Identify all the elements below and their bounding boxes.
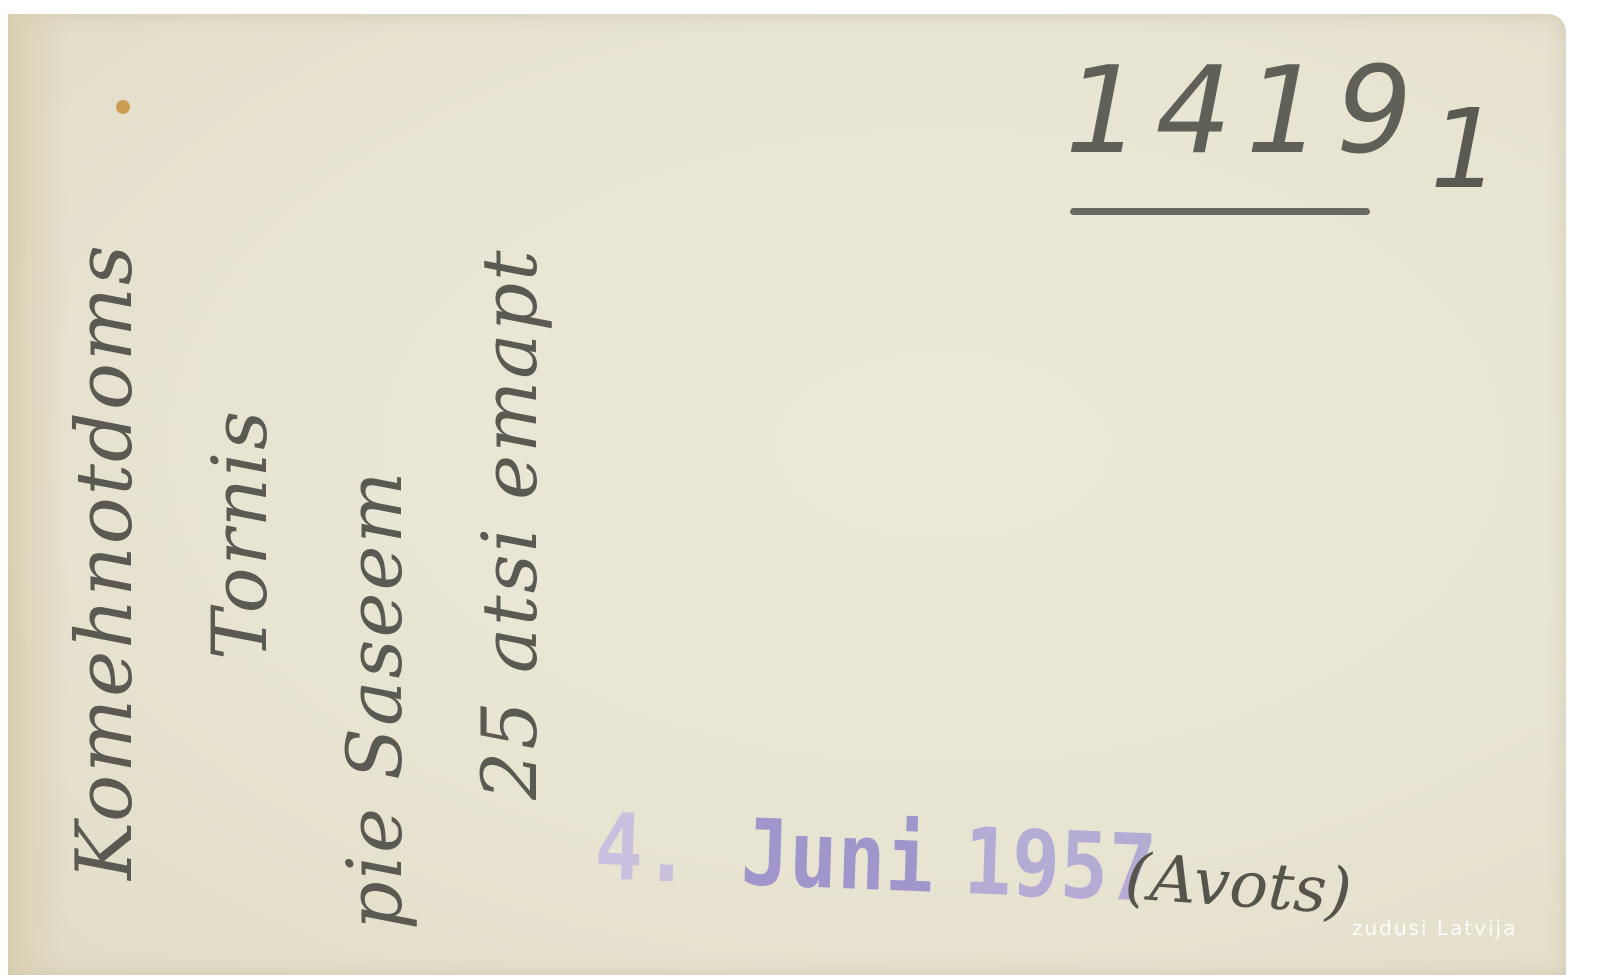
stamp-day: 4. xyxy=(593,793,693,904)
author-note: (Avots) xyxy=(1123,840,1354,930)
archive-number: 1419 xyxy=(1065,42,1426,181)
archive-subnumber: 1 xyxy=(1430,85,1500,213)
caption-line-2: Tornis xyxy=(195,409,284,660)
stamp-month: Juni xyxy=(740,799,936,914)
caption-line-1: Komehnotdoms xyxy=(60,243,150,880)
archive-number-underline xyxy=(1070,208,1370,215)
caption-line-3: pie Saseem xyxy=(330,470,419,931)
watermark: zudusi Latvija xyxy=(1352,916,1517,940)
card-edge-shadow xyxy=(8,14,68,975)
rust-stain xyxy=(116,100,130,114)
date-stamp: 4.Juni1957 xyxy=(593,793,1158,922)
caption-line-4: 25 atsi emapt xyxy=(465,248,554,800)
